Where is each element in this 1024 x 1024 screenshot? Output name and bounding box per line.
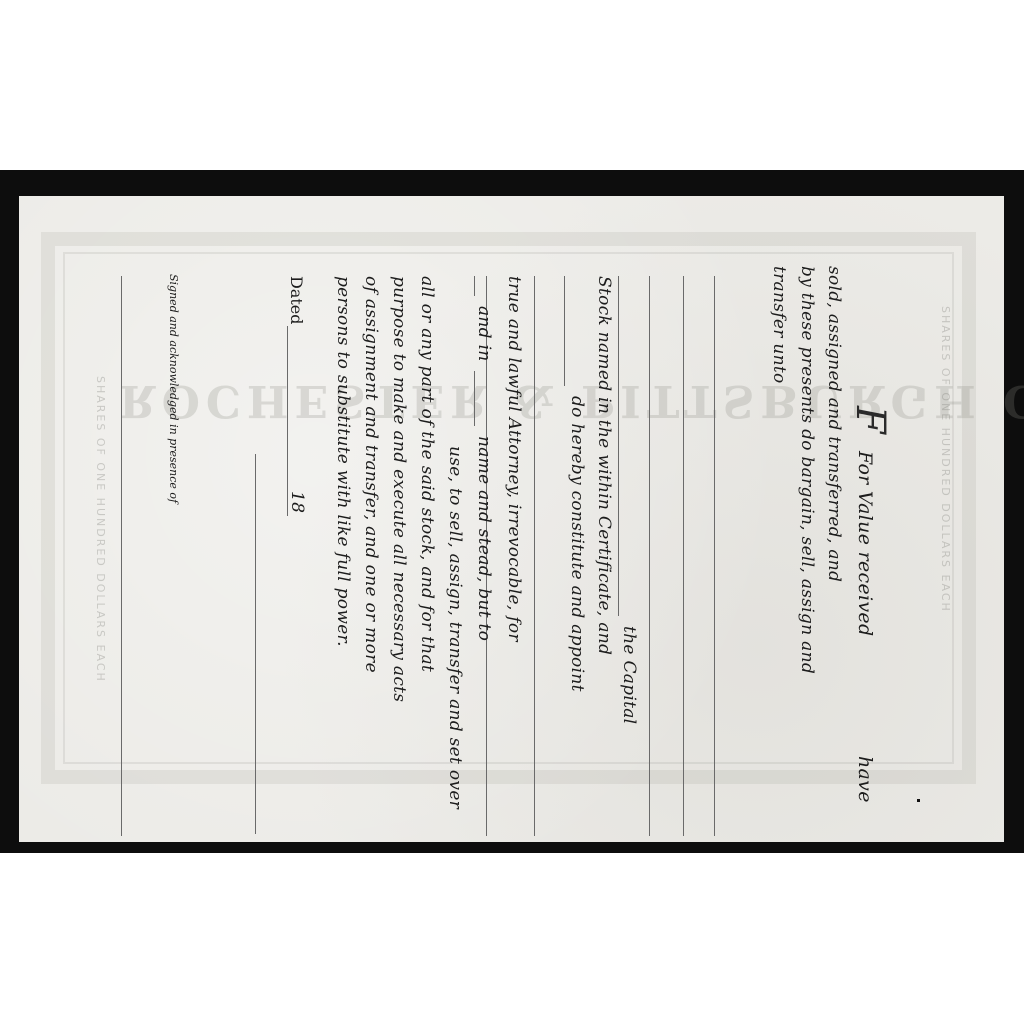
year-prefix: 18 xyxy=(287,491,307,513)
attorney-line-3: name and stead, but to xyxy=(474,436,494,641)
date-blank-line[interactable] xyxy=(287,326,288,516)
attorney-line-1: true and lawful Attorney, irrevocable, f… xyxy=(504,276,524,642)
shares-line[interactable] xyxy=(649,276,650,836)
bleed-through-title: ROCHESTER & PITTSBURGH COAL & IRON COMPA… xyxy=(119,366,539,426)
attorney-line-5: all or any part of the said stock, and f… xyxy=(417,276,437,672)
name-blank-line[interactable] xyxy=(474,371,475,426)
grantor-blank-line[interactable] xyxy=(564,276,565,386)
capital-label: the Capital xyxy=(619,626,639,724)
assignment-line-3: transfer unto xyxy=(769,266,789,384)
assignment-have: have xyxy=(854,756,876,803)
witness-line[interactable] xyxy=(121,276,122,836)
stock-line-2: do hereby constitute and appoint xyxy=(567,396,587,692)
assignment-heading-initial: F xyxy=(847,406,893,434)
photo-background: ROCHESTER & PITTSBURGH COAL & IRON COMPA… xyxy=(0,170,1024,853)
transferee-line-2[interactable] xyxy=(683,276,684,836)
stock-line-1: Stock named in the within Certificate, a… xyxy=(594,276,614,655)
attorney-line-6: purpose to make and execute all necessar… xyxy=(389,276,409,702)
assignment-line-1: sold, assigned and transferred, and xyxy=(824,266,844,582)
attorney-line-8: persons to substitute with like full pow… xyxy=(333,276,353,647)
attorney-line-7: of assignment and transfer, and one or m… xyxy=(361,276,381,673)
attorney-line-2-text: and in xyxy=(474,306,494,362)
attorney-line-4: use, to sell, assign, transfer and set o… xyxy=(445,446,465,809)
signature-line[interactable] xyxy=(255,454,256,834)
transferee-line-1[interactable] xyxy=(714,276,715,836)
attorney-line[interactable] xyxy=(534,276,535,836)
ink-speck xyxy=(917,799,920,802)
witness-label: Signed and acknowledged in presence of xyxy=(167,274,180,503)
bleed-through-side-text-right: SHARES OF ONE HUNDRED DOLLARS EACH xyxy=(939,306,952,613)
capital-blank-line[interactable] xyxy=(618,276,619,616)
assignment-heading: For Value received xyxy=(854,451,876,636)
assignment-line-2: by these presents do bargain, sell, assi… xyxy=(797,266,817,674)
and-in-blank-line[interactable] xyxy=(474,276,475,296)
bleed-through-side-text-left: SHARES OF ONE HUNDRED DOLLARS EACH xyxy=(94,376,107,683)
certificate-paper: ROCHESTER & PITTSBURGH COAL & IRON COMPA… xyxy=(19,196,1004,842)
dated-label: Dated xyxy=(287,276,306,325)
